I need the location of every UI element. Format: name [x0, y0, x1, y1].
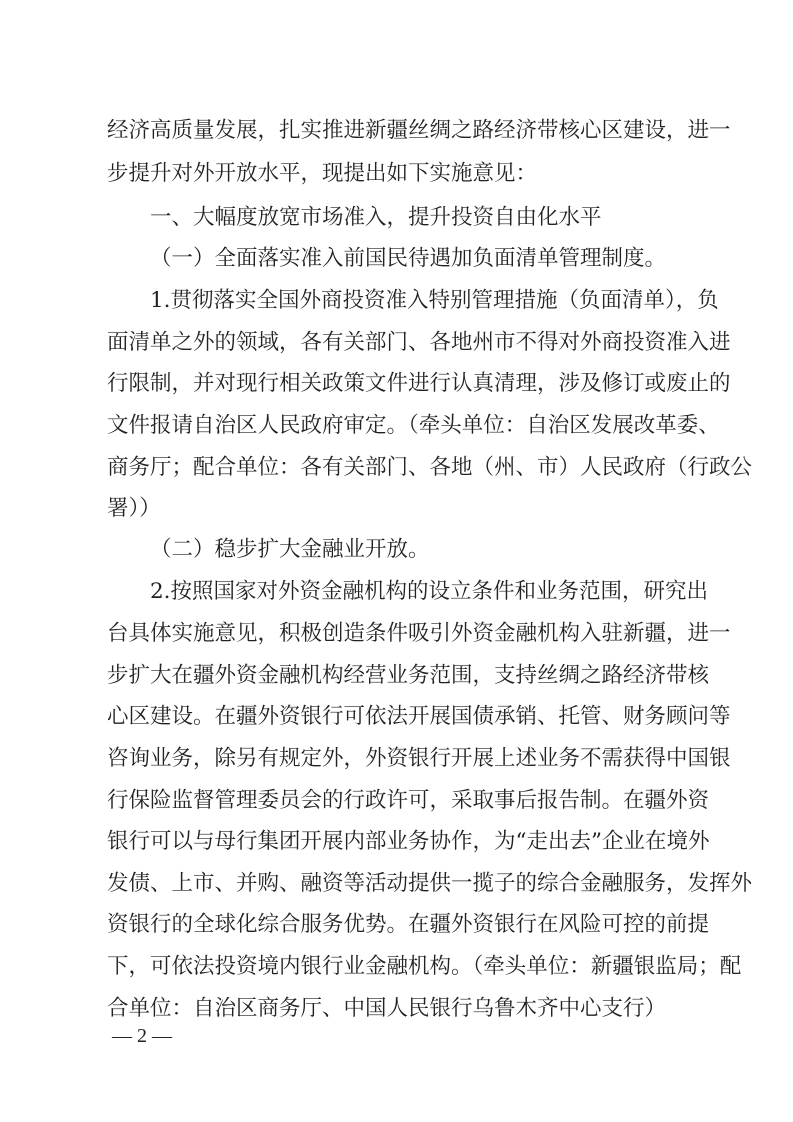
- paragraph-line: 文件报请自治区人民政府审定。（牵头单位：自治区发展改革委、: [107, 411, 689, 441]
- paragraph-line: 咨询业务，除另有规定外，外资银行开展上述业务不需获得中国银: [107, 744, 689, 774]
- paragraph-line: 商务厅；配合单位：各有关部门、各地（州、市）人民政府（行政公: [107, 453, 689, 483]
- paragraph-line: 台具体实施意见，积极创造条件吸引外资金融机构入驻新疆，进一: [107, 619, 689, 649]
- paragraph-line: 资银行的全球化综合服务优势。在疆外资银行在风险可控的前提: [107, 910, 689, 940]
- paragraph-line: 行限制，并对现行相关政策文件进行认真清理，涉及修订或废止的: [107, 369, 689, 399]
- page-number: — 2 —: [112, 1022, 172, 1050]
- paragraph-line: 行保险监督管理委员会的行政许可，采取事后报告制。在疆外资: [107, 786, 689, 816]
- paragraph-line: 合单位：自治区商务厅、中国人民银行乌鲁木齐中心支行）: [107, 994, 689, 1024]
- paragraph-line: 下，可依法投资境内银行业金融机构。（牵头单位：新疆银监局；配: [107, 952, 689, 982]
- paragraph-line: 面清单之外的领域，各有关部门、各地州市不得对外商投资准入进: [107, 328, 689, 358]
- paragraph-line: 步提升对外开放水平，现提出如下实施意见：: [107, 159, 689, 189]
- paragraph-line: 发债、上市、并购、融资等活动提供一揽子的综合金融服务，发挥外: [107, 869, 689, 899]
- paragraph-line: 银行可以与母行集团开展内部业务协作，为“走出去”企业在境外: [107, 827, 689, 857]
- paragraph-line: 心区建设。在疆外资银行可依法开展国债承销、托管、财务顾问等: [107, 702, 689, 732]
- paragraph-line: 署））: [107, 494, 689, 524]
- paragraph-line: 2.按照国家对外资金融机构的设立条件和业务范围，研究出: [150, 577, 689, 607]
- subsection-heading: （一）全面落实准入前国民待遇加负面清单管理制度。: [150, 244, 689, 274]
- paragraph-line: 经济高质量发展，扎实推进新疆丝绸之路经济带核心区建设，进一: [107, 116, 689, 146]
- paragraph-line: 1.贯彻落实全国外商投资准入特别管理措施（负面清单），负: [150, 286, 689, 316]
- subsection-heading: （二）稳步扩大金融业开放。: [150, 535, 689, 565]
- document-page: 经济高质量发展，扎实推进新疆丝绸之路经济带核心区建设，进一 步提升对外开放水平，…: [0, 0, 793, 1122]
- paragraph-line: 步扩大在疆外资金融机构经营业务范围，支持丝绸之路经济带核: [107, 661, 689, 691]
- section-heading: 一、大幅度放宽市场准入，提升投资自由化水平: [150, 203, 689, 233]
